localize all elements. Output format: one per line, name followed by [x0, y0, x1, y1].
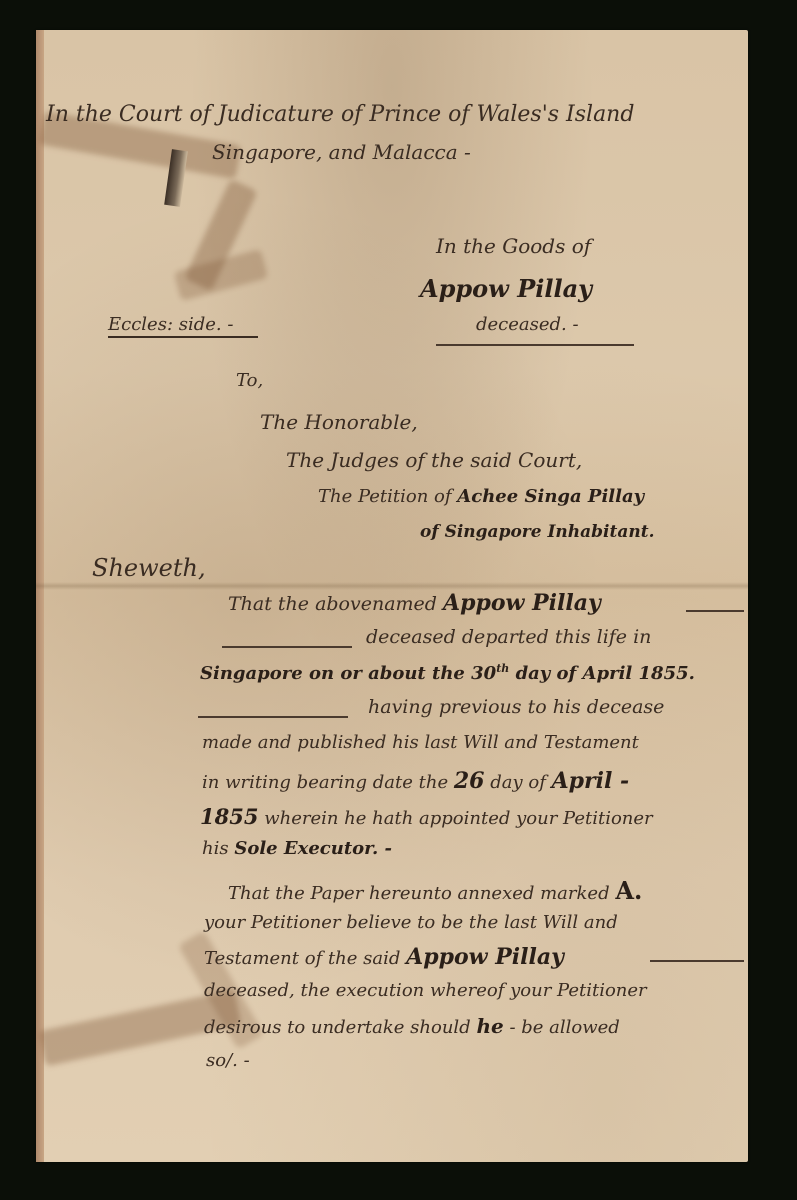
honorable-label: The Honorable,: [260, 410, 418, 434]
para2-text: That the Paper hereunto annexed marked: [228, 883, 610, 904]
para1-line8: his Sole Executor. -: [202, 838, 392, 859]
para1-text: That the abovenamed: [228, 593, 437, 615]
para2-text: - be allowed: [509, 1017, 619, 1038]
exhibit-mark: A.: [615, 876, 642, 905]
deceased-name: Appow Pillay: [420, 274, 592, 303]
petition-of-label: The Petition of: [318, 486, 452, 507]
will-day: 26: [454, 768, 485, 794]
para1-text: day of: [490, 772, 546, 793]
para1-text: wherein he hath appointed your Petitione…: [264, 808, 652, 829]
fold-crease: [36, 582, 748, 590]
side-underline: [108, 336, 258, 338]
court-heading: In the Court of Judicature of Prince of …: [46, 102, 634, 127]
para1-line2: deceased departed this life in: [366, 626, 651, 648]
he-emphasis: he: [476, 1014, 503, 1038]
fill-rule: [686, 610, 744, 612]
death-place-date: Singapore on or about the 30: [200, 663, 496, 684]
petition-of-line: The Petition of Achee Singa Pillay: [318, 486, 644, 507]
fill-rule: [650, 960, 744, 962]
deceased-label: deceased. -: [476, 314, 579, 335]
para2-line2: your Petitioner believe to be the last W…: [204, 912, 618, 933]
to-label: To,: [236, 370, 263, 391]
para2-text: Testament of the said: [204, 948, 400, 969]
document-page: In the Court of Judicature of Prince of …: [36, 30, 748, 1162]
sheweth-label: Sheweth,: [92, 554, 206, 582]
deceased-name-inline: Appow Pillay: [443, 590, 601, 616]
para2-line4: deceased, the execution whereof your Pet…: [204, 980, 647, 1001]
petitioner-name: Achee Singa Pillay: [457, 486, 644, 507]
will-month: April -: [552, 768, 630, 794]
para1-text: his: [202, 838, 229, 859]
fill-rule: [198, 716, 348, 718]
ordinal-suffix: th: [496, 662, 509, 675]
side-label: Eccles: side. -: [108, 314, 233, 335]
fill-rule: [222, 646, 352, 648]
will-year: 1855: [200, 804, 258, 829]
judges-label: The Judges of the said Court,: [286, 448, 582, 472]
para2-line5: desirous to undertake should he - be all…: [204, 1014, 620, 1038]
death-month-year: day of April 1855.: [516, 663, 695, 684]
para1-line5: made and published his last Will and Tes…: [202, 732, 639, 753]
para2-line1: That the Paper hereunto annexed marked A…: [228, 876, 642, 905]
para2-line6: so/. -: [206, 1050, 250, 1071]
para1-line7: 1855 wherein he hath appointed your Peti…: [200, 804, 653, 829]
para1-text: in writing bearing date the: [202, 772, 448, 793]
petitioner-origin: of Singapore Inhabitant.: [420, 522, 655, 542]
in-the-goods-of: In the Goods of: [436, 234, 591, 258]
para1-line3: Singapore on or about the 30th day of Ap…: [200, 662, 695, 684]
para1-line6: in writing bearing date the 26 day of Ap…: [202, 768, 629, 794]
para2-text: desirous to undertake should: [204, 1017, 471, 1038]
para2-line3: Testament of the said Appow Pillay: [204, 944, 564, 970]
sole-executor: Sole Executor. -: [234, 838, 392, 859]
deceased-name-inline: Appow Pillay: [406, 944, 564, 970]
court-heading-2: Singapore, and Malacca -: [212, 140, 471, 164]
para1-line1: That the abovenamed Appow Pillay: [228, 590, 601, 616]
deceased-rule: [436, 344, 634, 346]
para1-line4: having previous to his decease: [368, 696, 664, 718]
